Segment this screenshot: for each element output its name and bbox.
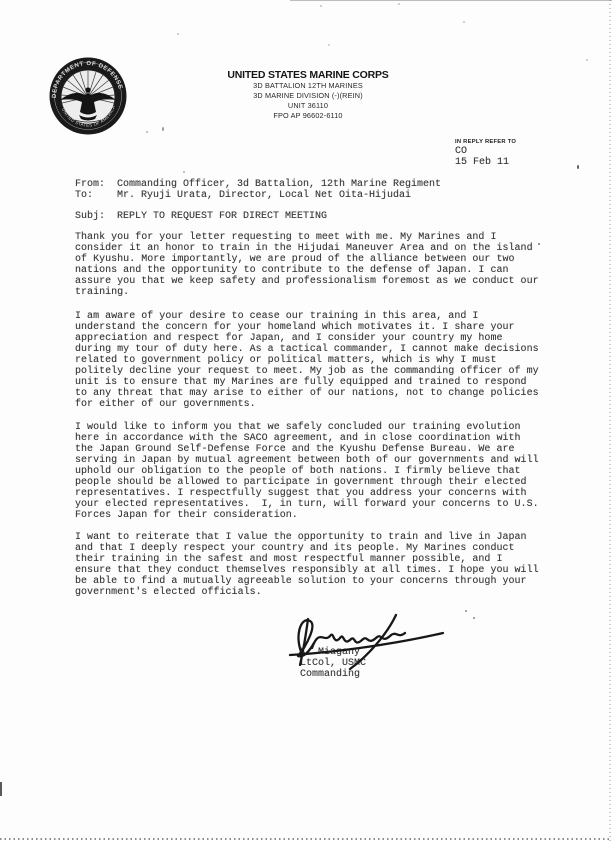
scan-speck: [463, 21, 465, 23]
scanned-letter-page: DEPARTMENT OF DEFENSE UNITED STATES OF A…: [0, 0, 612, 841]
letterhead-unit-line: FPO AP 96602-6110: [158, 111, 458, 121]
scan-speck: [320, 5, 322, 7]
scan-speck: [577, 165, 579, 169]
scan-speck: [465, 610, 467, 612]
scan-edge-line-top: [290, 0, 612, 1]
from-line: From: Commanding Officer, 3d Battalion, …: [75, 179, 441, 190]
scan-speck: [473, 617, 475, 619]
letterhead-unit-line: UNIT 36110: [158, 101, 458, 111]
letterhead-org-name: UNITED STATES MARINE CORPS: [158, 70, 458, 81]
scan-edge-dots-right: [609, 0, 611, 841]
scan-speck: [146, 131, 148, 133]
in-reply-refer-to-label: IN REPLY REFER TO: [455, 139, 516, 145]
scan-speck: [398, 3, 400, 5]
handwritten-signature: [286, 612, 446, 672]
body-paragraph-3: I would like to inform you that we safel…: [75, 422, 539, 521]
body-paragraph-4: I want to reiterate that I value the opp…: [75, 532, 539, 598]
scan-speck: [177, 33, 179, 35]
letterhead-unit-line: 3D MARINE DIVISION (-)(REIN): [158, 91, 458, 101]
reference-code: CO: [455, 146, 467, 157]
to-line: To: Mr. Ryuji Urata, Director, Local Net…: [75, 190, 411, 201]
subject-line: Subj: REPLY TO REQUEST FOR DIRECT MEETIN…: [75, 211, 327, 222]
scan-speck: [183, 171, 185, 173]
scan-speck: [328, 44, 330, 46]
letterhead-unit-line: 3D BATTALION 12TH MARINES: [158, 81, 458, 91]
scan-speck: [162, 127, 164, 131]
body-paragraph-1: Thank you for your letter requesting to …: [75, 232, 539, 298]
department-of-defense-seal: DEPARTMENT OF DEFENSE UNITED STATES OF A…: [49, 57, 127, 135]
letter-date: 15 Feb 11: [455, 157, 509, 168]
scan-speck: [538, 243, 540, 245]
letterhead: UNITED STATES MARINE CORPS 3D BATTALION …: [158, 70, 458, 121]
scan-edge-dots-bottom: [0, 838, 612, 840]
scan-speck: [586, 59, 588, 61]
body-paragraph-2: I am aware of your desire to cease our t…: [75, 311, 539, 410]
scan-edge-dash-left: [0, 782, 2, 796]
